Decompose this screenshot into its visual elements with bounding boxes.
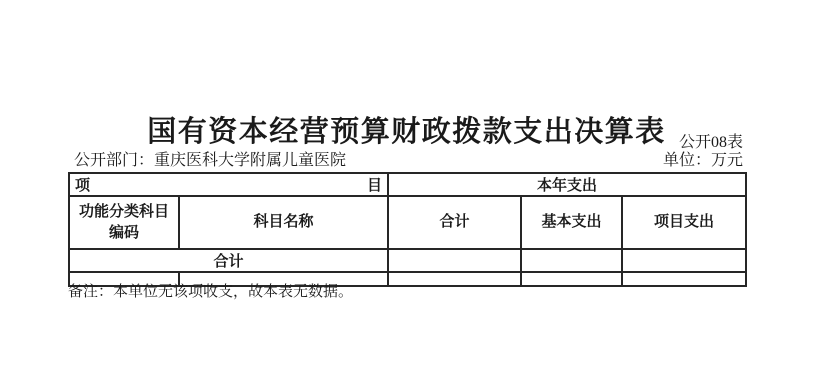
meta-line: 公开部门：重庆医科大学附属儿童医院 单位：万元 (68, 152, 745, 170)
table-header-row-2: 功能分类科目 编码 科目名称 合计 基本支出 项目支出 (69, 196, 746, 249)
item-char-right: 目 (367, 174, 382, 195)
page-title: 国有资本经营预算财政拨款支出决算表 (68, 109, 745, 150)
unit-label: 单位：万元 (663, 152, 745, 170)
total-row-label-cell: 合计 (69, 249, 388, 272)
col-header-function-code-line2: 编码 (70, 223, 178, 243)
table-code-label: 公开08表 (679, 134, 743, 152)
table-header-row-1: 项 目 本年支出 (69, 173, 746, 196)
department-label: 公开部门：重庆医科大学附属儿童医院 (68, 152, 346, 170)
empty-row-project-cell (622, 272, 746, 286)
col-header-function-code-line1: 功能分类科目 (70, 202, 178, 222)
item-header-spread: 项 目 (70, 174, 387, 195)
total-row-basic-cell (521, 249, 622, 272)
current-year-expenditure-header-cell: 本年支出 (388, 173, 746, 196)
remark-note: 备注：本单位无该项收支，故本表无数据。 (68, 283, 353, 301)
col-header-subject-name: 科目名称 (179, 196, 388, 249)
col-header-basic-expenditure: 基本支出 (521, 196, 622, 249)
col-header-function-code: 功能分类科目 编码 (69, 196, 179, 249)
document-page: 国有资本经营预算财政拨款支出决算表 公开08表 公开部门：重庆医科大学附属儿童医… (68, 0, 745, 392)
empty-row-total-cell (388, 272, 521, 286)
col-header-project-expenditure: 项目支出 (622, 196, 746, 249)
col-header-total: 合计 (388, 196, 521, 249)
expenditure-table: 项 目 本年支出 功能分类科目 编码 科目名称 合计 基本支出 项目支出 合计 (68, 172, 747, 287)
total-row-total-cell (388, 249, 521, 272)
item-char-left: 项 (75, 174, 90, 195)
total-row: 合计 (69, 249, 746, 272)
item-header-cell: 项 目 (69, 173, 388, 196)
total-row-project-cell (622, 249, 746, 272)
empty-row-basic-cell (521, 272, 622, 286)
